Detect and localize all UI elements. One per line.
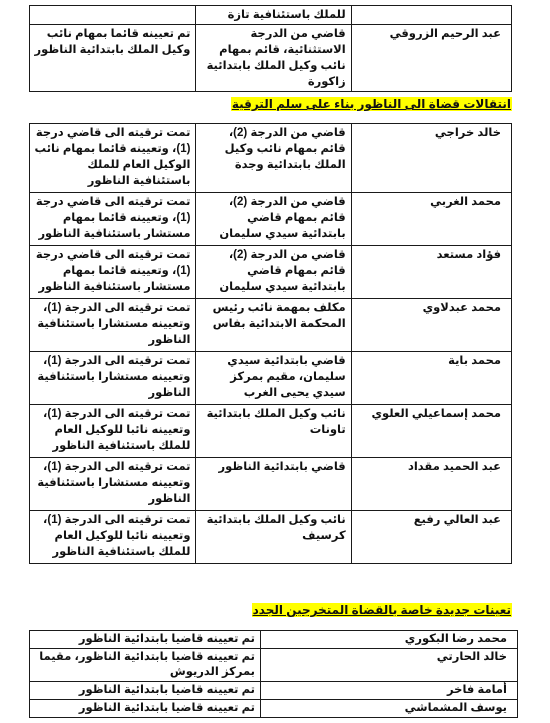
table-row: خالد خراجي قاضي من الدرجة (2)، قائم بمها…: [30, 124, 512, 193]
table-row: محمد رضا البكوري تم تعيينه قاضيا بابتدائ…: [30, 631, 518, 649]
judge-name-cell: محمد الغربي: [351, 193, 511, 246]
table-row: أمامة فاخر تم تعيينه قاضيا بابتدائية الن…: [30, 682, 518, 700]
judge-name-cell: محمد باية: [351, 352, 511, 405]
new-graduates-table: محمد رضا البكوري تم تعيينه قاضيا بابتدائ…: [29, 630, 518, 718]
previous-position-cell: قاضي من الدرجة (2)، قائم بمهام قاضي بابت…: [196, 193, 351, 246]
section-heading-text: انتقالات قضاة الى الناظور بناء على سلم ا…: [231, 97, 512, 111]
table-row: عبد العالي رفيع نائب وكيل الملك بابتدائي…: [30, 511, 512, 564]
judge-name-cell: عبد الحميد مقداد: [351, 458, 511, 511]
assignment-cell: تم تعيينه قاضيا بابتدائية الناظور، مقيما…: [30, 649, 261, 682]
new-position-cell: تمت ترقيته الى الدرجة (1)، وتعيينه مستشا…: [30, 352, 196, 405]
judge-name-cell: يوسف المشماشي: [261, 700, 518, 718]
table-row: للملك باستئنافية تازة: [30, 6, 512, 25]
new-position-cell: تم تعيينه قائما بمهام نائب وكيل الملك با…: [30, 25, 196, 92]
assignment-cell: تم تعيينه قاضيا بابتدائية الناظور: [30, 700, 261, 718]
judge-name-cell: محمد إسماعيلي العلوي: [351, 405, 511, 458]
table-row: يوسف المشماشي تم تعيينه قاضيا بابتدائية …: [30, 700, 518, 718]
table-row: محمد باية قاضي بابتدائية سيدي سليمان، مق…: [30, 352, 512, 405]
judge-name-cell: محمد عبدلاوي: [351, 299, 511, 352]
judge-name-cell: فؤاد مستعد: [351, 246, 511, 299]
section-heading-new-graduates: تعينات جديدة خاصة بالقضاة المتخرجين الجد…: [252, 603, 512, 618]
previous-position-cell: قاضي بابتدائية الناظور: [196, 458, 351, 511]
new-position-cell: تمت ترقيته الى قاضي درجة (1)، وتعيينه قا…: [30, 193, 196, 246]
previous-position-cell: قاضي من الدرجة (2)، قائم بمهام نائب وكيل…: [196, 124, 351, 193]
previous-position-cell: مكلف بمهمة نائب رئيس المحكمة الابتدائية …: [196, 299, 351, 352]
judge-name-cell: خالد خراجي: [351, 124, 511, 193]
new-position-cell: تمت ترقيته الى الدرجة (1)، وتعيينه مستشا…: [30, 299, 196, 352]
previous-position-cell: للملك باستئنافية تازة: [196, 6, 351, 25]
previous-position-cell: قاضي بابتدائية سيدي سليمان، مقيم بمركز س…: [196, 352, 351, 405]
table-row: عبد الحميد مقداد قاضي بابتدائية الناظور …: [30, 458, 512, 511]
previous-position-cell: نائب وكيل الملك بابتدائية تاونات: [196, 405, 351, 458]
judge-name-cell: عبد الرحيم الزروقي: [351, 25, 511, 92]
table-row: فؤاد مستعد قاضي من الدرجة (2)، قائم بمها…: [30, 246, 512, 299]
previous-position-cell: قاضي من الدرجة (2)، قائم بمهام قاضي بابت…: [196, 246, 351, 299]
table-row: خالد الحارتي تم تعيينه قاضيا بابتدائية ا…: [30, 649, 518, 682]
table-row: محمد الغربي قاضي من الدرجة (2)، قائم بمه…: [30, 193, 512, 246]
new-position-cell: تمت ترقيته الى الدرجة (1)، وتعيينه نائبا…: [30, 511, 196, 564]
assignment-cell: تم تعيينه قاضيا بابتدائية الناظور: [30, 682, 261, 700]
appointments-table-continued: للملك باستئنافية تازة عبد الرحيم الزروقي…: [29, 5, 512, 92]
table-row: محمد إسماعيلي العلوي نائب وكيل الملك باب…: [30, 405, 512, 458]
new-position-cell: تمت ترقيته الى الدرجة (1)، وتعيينه نائبا…: [30, 405, 196, 458]
table-row: محمد عبدلاوي مكلف بمهمة نائب رئيس المحكم…: [30, 299, 512, 352]
judge-name-cell: أمامة فاخر: [261, 682, 518, 700]
table-row: عبد الرحيم الزروقي قاضي من الدرجة الاستث…: [30, 25, 512, 92]
section-heading-transfers: انتقالات قضاة الى الناظور بناء على سلم ا…: [231, 97, 512, 112]
section-heading-text: تعينات جديدة خاصة بالقضاة المتخرجين الجد…: [252, 603, 512, 617]
new-position-cell: تمت ترقيته الى قاضي درجة (1)، وتعيينه قا…: [30, 246, 196, 299]
previous-position-cell: نائب وكيل الملك بابتدائية كرسيف: [196, 511, 351, 564]
judge-name-cell: محمد رضا البكوري: [261, 631, 518, 649]
new-position-cell: [30, 6, 196, 25]
judge-name-cell: خالد الحارتي: [261, 649, 518, 682]
new-position-cell: تمت ترقيته الى الدرجة (1)، وتعيينه مستشا…: [30, 458, 196, 511]
judge-name-cell: [351, 6, 511, 25]
judge-name-cell: عبد العالي رفيع: [351, 511, 511, 564]
assignment-cell: تم تعيينه قاضيا بابتدائية الناظور: [30, 631, 261, 649]
transfers-promotion-table: خالد خراجي قاضي من الدرجة (2)، قائم بمها…: [29, 123, 512, 564]
new-position-cell: تمت ترقيته الى قاضي درجة (1)، وتعيينه قا…: [30, 124, 196, 193]
previous-position-cell: قاضي من الدرجة الاستثنائية، قائم بمهام ن…: [196, 25, 351, 92]
